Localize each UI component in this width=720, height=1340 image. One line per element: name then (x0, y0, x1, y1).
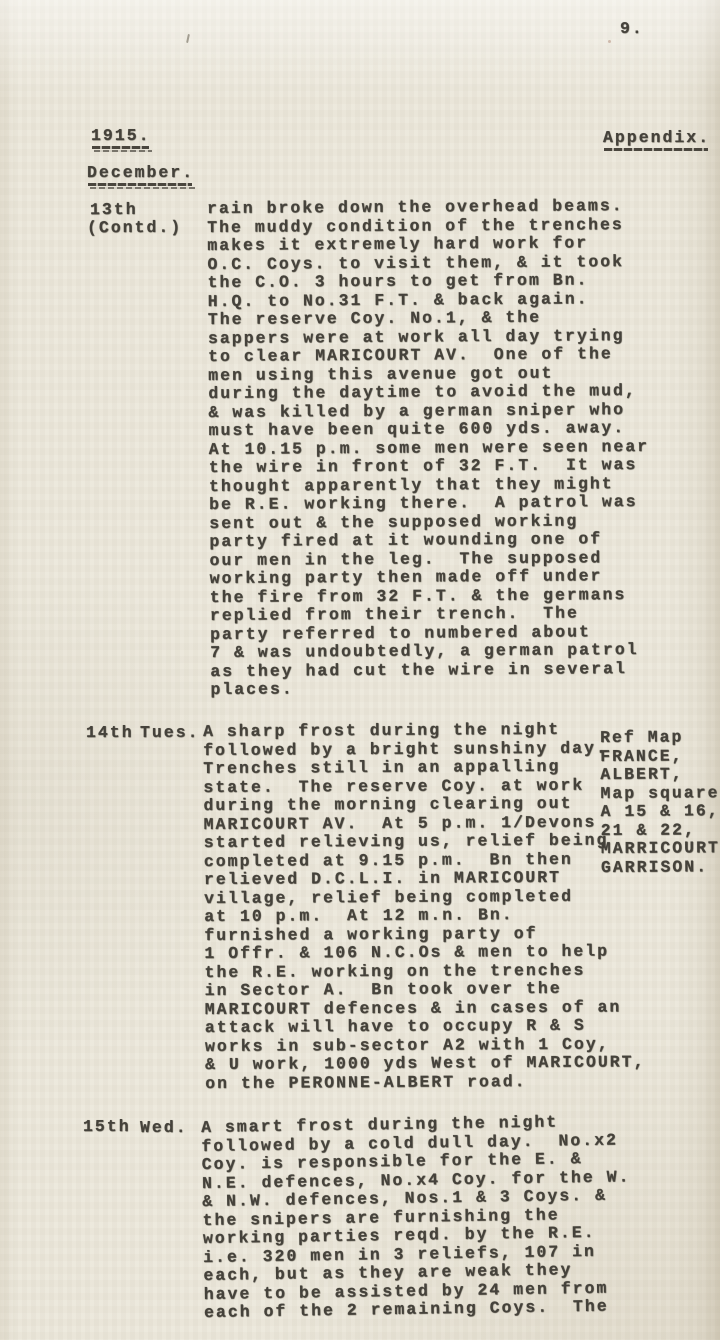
entry-day-label: Wed. (140, 1119, 188, 1138)
pencil-tick-mark (186, 34, 190, 43)
document-page: 9. 1915. Appendix. December. 13th (Contd… (0, 0, 720, 1340)
entry-date-label: 13th (90, 201, 138, 220)
appendix-heading: Appendix. (603, 129, 710, 148)
map-reference-note: Ref Map FRANCE, ALBERT, Map square A 15 … (600, 728, 720, 877)
year-heading: 1915. (91, 127, 151, 146)
entry-day-label: Tues. (140, 724, 200, 743)
entry-date-label: 14th (86, 724, 134, 743)
entry-body-text: A sharp frost during the night followed … (203, 720, 646, 1093)
page-number: 9. (620, 20, 644, 39)
entry-body-text: rain broke down the overhead beams. The … (207, 197, 651, 700)
ink-speck (608, 40, 611, 43)
entry-continuation-label: (Contd.) (87, 219, 182, 238)
entry-body-text: A smart frost during the night followed … (201, 1112, 633, 1322)
month-heading: December. (87, 164, 194, 183)
entry-date-label: 15th (83, 1118, 131, 1137)
